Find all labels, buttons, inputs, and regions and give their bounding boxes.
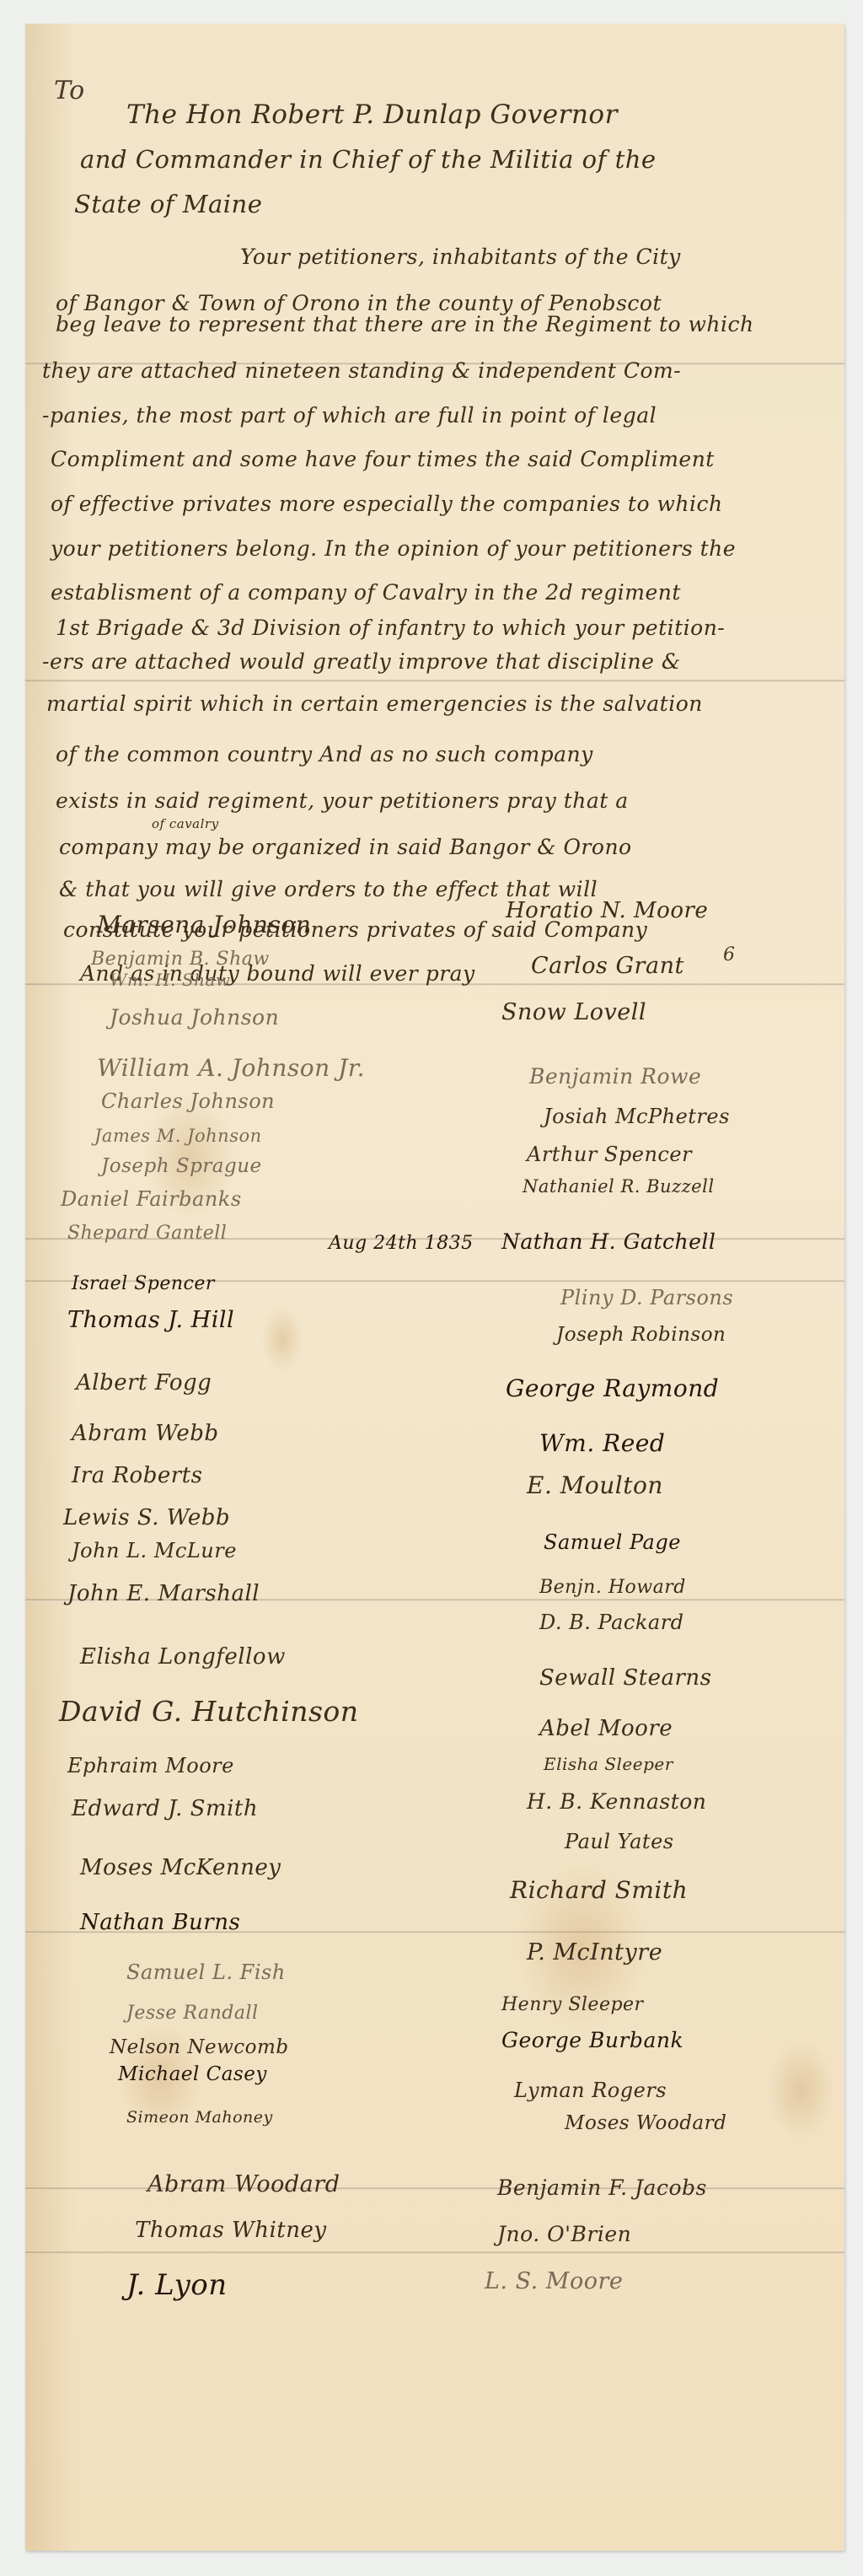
signature: Pliny D. Parsons (560, 1286, 733, 1310)
signature: James M. Johnson (94, 1126, 262, 1146)
body-line: Your petitioners, inhabitants of the Cit… (240, 245, 681, 269)
signature: Josiah McPhetres (544, 1105, 730, 1128)
signature: George Burbank (501, 2028, 683, 2052)
signature: J. Lyon (126, 2268, 228, 2302)
signature: D. B. Packard (539, 1611, 684, 1634)
signature: Paul Yates (565, 1830, 674, 1853)
signature: Samuel Page (544, 1530, 681, 1554)
water-stain (767, 2039, 834, 2140)
signature: P. McIntyre (527, 1939, 662, 1966)
signature: Israel Spencer (72, 1273, 215, 1294)
signature: George Raymond (506, 1374, 719, 1402)
signature: Lewis S. Webb (63, 1505, 230, 1530)
signature: Nelson Newcomb (110, 2036, 289, 2058)
body-line: of effective privates more especially th… (51, 492, 723, 516)
signature: Abram Webb (72, 1421, 219, 1446)
signature: Carlos Grant (531, 953, 684, 979)
signature: John E. Marshall (67, 1581, 260, 1606)
interlinear-insert: of cavalry (152, 816, 219, 831)
signature: Marsena Johnson (97, 911, 311, 938)
signature: Shepard Gantell (67, 1223, 227, 1244)
signature: H. B. Kennaston (527, 1789, 706, 1814)
signature: Nathan H. Gatchell (501, 1229, 716, 1254)
signature: Ira Roberts (72, 1463, 202, 1488)
body-line: Compliment and some have four times the … (51, 447, 715, 471)
address-line: and Commander in Chief of the Militia of… (80, 145, 657, 174)
fold-crease (25, 680, 844, 682)
signature: Edward J. Smith (72, 1796, 258, 1821)
signature: E. Moulton (527, 1471, 663, 1499)
signature: Elisha Longfellow (80, 1644, 286, 1670)
signature: Henry Sleeper (501, 1994, 644, 2015)
signature: L. S. Moore (485, 2268, 623, 2294)
signature: Michael Casey (118, 2063, 267, 2085)
body-line: company may be organized in said Bangor … (59, 835, 632, 859)
body-line: they are attached nineteen standing & in… (42, 358, 681, 383)
signature: Wm. Reed (539, 1429, 665, 1457)
signature: Albert Fogg (76, 1370, 212, 1396)
signature: Jesse Randall (126, 2003, 259, 2024)
signature: Joseph Sprague (101, 1155, 262, 1177)
marginal-mark: 6 (723, 944, 736, 965)
body-line: establisment of a company of Cavalry in … (51, 580, 681, 605)
signature: Benjn. Howard (539, 1577, 686, 1598)
petition-date: Aug 24th 1835 (329, 1233, 474, 1254)
body-line: of the common country And as no such com… (56, 742, 593, 766)
signature: Snow Lovell (501, 999, 646, 1025)
signature: Richard Smith (510, 1876, 688, 1904)
signature: Charles Johnson (101, 1089, 275, 1113)
signature: Horatio N. Moore (506, 898, 708, 923)
water-stain (261, 1305, 303, 1373)
salutation-mark: To (54, 76, 85, 105)
signature: Wm. H. Shaw (110, 970, 231, 990)
signature: Sewall Stearns (539, 1665, 712, 1691)
body-line: martial spirit which in certain emergenc… (46, 691, 703, 716)
signature: Lyman Rogers (514, 2079, 667, 2102)
signature: David G. Hutchinson (59, 1695, 359, 1728)
signature: Thomas Whitney (135, 2218, 327, 2243)
body-line: 1st Brigade & 3d Division of infantry to… (56, 616, 725, 640)
signature: Joshua Johnson (110, 1005, 279, 1030)
signature: Moses Woodard (565, 2112, 726, 2134)
signature: Ephraim Moore (67, 1754, 234, 1777)
signature: Moses McKenney (80, 1855, 281, 1880)
signature: Abel Moore (539, 1716, 673, 1741)
signature: John L. McLure (72, 1539, 237, 1562)
signature: Elisha Sleeper (544, 1754, 673, 1774)
signature: Benjamin Rowe (529, 1064, 701, 1089)
signature: William A. Johnson Jr. (97, 1054, 365, 1082)
body-line: your petitioners belong. In the opinion … (51, 536, 736, 561)
signature: Simeon Mahoney (126, 2108, 273, 2127)
signature: Jno. O'Brien (497, 2222, 631, 2246)
signature: Nathaniel R. Buzzell (523, 1176, 715, 1197)
signature: Benjamin F. Jacobs (497, 2175, 707, 2200)
signature: Abram Woodard (147, 2171, 340, 2197)
address-line: State of Maine (74, 190, 262, 218)
address-line: The Hon Robert P. Dunlap Governor (126, 99, 618, 130)
signature: Nathan Burns (80, 1910, 240, 1935)
signature: Benjamin B. Shaw (91, 949, 270, 970)
body-line: -panies, the most part of which are full… (42, 403, 657, 428)
signature: Arthur Spencer (527, 1143, 692, 1166)
fold-crease (25, 2251, 844, 2254)
signature: Thomas J. Hill (67, 1307, 234, 1333)
signature: Daniel Fairbanks (61, 1187, 242, 1211)
body-line: exists in said regiment, your petitioner… (56, 788, 629, 813)
signature: Joseph Robinson (556, 1324, 726, 1346)
body-line: beg leave to represent that there are in… (56, 312, 754, 336)
signature: Samuel L. Fish (126, 1960, 286, 1984)
body-line: -ers are attached would greatly improve … (42, 649, 681, 674)
